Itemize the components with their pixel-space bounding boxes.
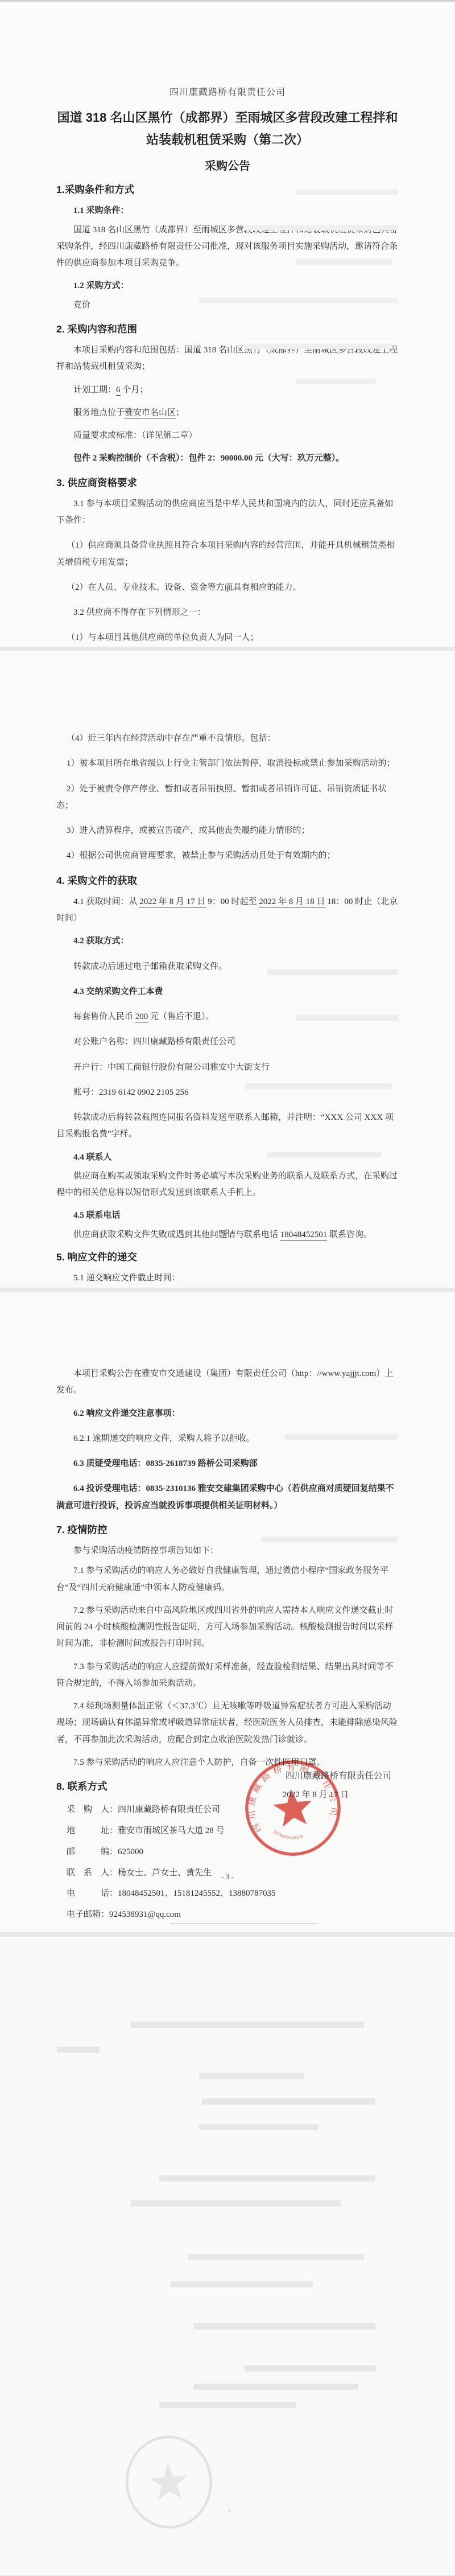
seal-number-text: 5118025034105 — [272, 1827, 304, 1842]
clause-4-4-body: 供应商在购买或领取采购文件时务必填写本次采购业务的联系人及联系方式，在采购过程中… — [56, 1168, 399, 1202]
signature-company-line: 四川康藏路桥有限责任公司 — [245, 1769, 432, 1781]
bleed-through-page-number: 4 — [227, 2507, 231, 2516]
signature-date-line: 2022 年 8 月 17 日 — [222, 1788, 409, 1800]
bleed-through-line — [188, 2254, 364, 2260]
section-4-heading: 4. 采购文件的获取 — [56, 873, 399, 888]
transfer-note-paragraph: 转款成功后将转款截图连同报名资料发送至联系人邮箱，并注明：“XXX 公司 XXX… — [56, 1110, 399, 1143]
clause-7-3: 7.3 参与采购活动的响应人应提前做好采样准备，经查验检测结果、结果出具时间等不… — [56, 1659, 399, 1692]
bleed-through-line — [199, 298, 398, 303]
text-segment: 个月； — [121, 385, 148, 395]
document-page-4: 4 — [0, 1937, 455, 2576]
bleed-through-line — [131, 2022, 364, 2028]
page-number-2: - 2 - — [0, 1227, 455, 1236]
section-7-heading: 7. 疫情防控 — [56, 1522, 399, 1537]
underlined-location: 雅安市名山区 — [125, 408, 176, 418]
bleed-through-line — [202, 2098, 375, 2105]
text-segment: 服务地点位于 — [73, 408, 125, 417]
bleed-through-line — [245, 225, 398, 231]
bleed-through-seal — [117, 2430, 220, 2533]
text-segment: 每套售价人民币 — [73, 1012, 135, 1021]
bleed-through-line — [159, 2175, 375, 2181]
document-page-2: （4）近三年内在经营活动中存在严重不良情形。包括： 1）被本项目所在地省级以上行… — [0, 651, 455, 1288]
text-segment: 计划工期： — [73, 385, 116, 395]
bad-record-item-3: 3）进入清算程序，或被宣告破产，或其他丧失履约能力情形的； — [56, 823, 399, 839]
bleed-through-line — [199, 2124, 318, 2130]
clause-5-1-label: 5.1 递交响应文件截止时间： — [56, 1270, 399, 1287]
text-segment: 元（售后不退）。 — [148, 1012, 214, 1021]
page-number-1: - 1 - — [0, 585, 455, 594]
quality-paragraph: 质量要求或标准：（详见第二章） — [56, 428, 399, 444]
page-number-3: - 3 - — [0, 1872, 455, 1881]
text-segment: 4.1 获取时间：从 — [73, 897, 139, 906]
company-name-heading: 四川康藏路桥有限责任公司 — [56, 85, 399, 98]
clause-4-5-label: 4.5 联系电话 — [56, 1207, 399, 1224]
account-name-line: 对公账户名称：四川康藏路桥有限责任公司 — [56, 1034, 399, 1050]
text-segment: 9：00 时起至 — [206, 897, 259, 906]
bleed-through-line — [171, 1923, 318, 1924]
epidemic-intro: 参与采购活动疫情防控事项告知如下： — [56, 1543, 399, 1559]
underlined-date-start: 2022 年 8 月 17 日 — [139, 897, 205, 907]
contact-zip-line: 邮 编：625000 — [67, 1842, 399, 1863]
section-2-heading: 2. 采购内容和范围 — [56, 322, 399, 336]
bleed-through-line — [262, 1536, 398, 1542]
bleed-through-line — [193, 2323, 375, 2330]
clause-4-3-label: 4.3 交纳采购文件工本费 — [56, 984, 399, 1000]
clause-3-1-item-1: （1）供应商须具备营业执照且符合本项目采购内容的经营范围，并能开具机械租赁类相关… — [56, 537, 399, 571]
bleed-through-line — [199, 2073, 304, 2079]
bleed-through-line — [131, 2200, 341, 2207]
bleed-through-line — [284, 1434, 398, 1440]
section-3-heading: 3. 供应商资格要求 — [56, 475, 399, 490]
bank-line: 开户行：中国工商银行股份有限公司雅安中大街支行 — [56, 1059, 399, 1076]
underlined-fee: 200 — [135, 1012, 148, 1022]
bad-record-item-1: 1）被本项目所在地省级以上行业主管部门依法暂停、取消投标或禁止参加采购活动的； — [56, 755, 399, 772]
inquiry-phone-line: 6.3 质疑受理电话：0835-2618739 路桥公司采购部 — [56, 1456, 399, 1472]
clause-1-2-label: 1.2 采购方式： — [56, 278, 399, 294]
contact-email-line: 电子邮箱：924538931@qq.com — [67, 1904, 399, 1925]
document-title-line1: 国道 318 名山区黑竹（成都界）至雨城区多营段改建工程拌和 — [56, 107, 399, 129]
bleed-through-line — [296, 1015, 398, 1021]
control-price-paragraph: 包件 2 采购控制价（不含税）：包件 2：90000.00 元（大写：玖万元整）… — [56, 450, 399, 467]
text-segment: ； — [176, 408, 184, 417]
clause-3-2-item-4: （4）近三年内在经营活动中存在严重不良情形。包括： — [56, 730, 399, 747]
document-subtitle: 采购公告 — [56, 157, 399, 173]
scanned-document-canvas: 四川康藏路桥有限责任公司 国道 318 名山区黑竹（成都界）至雨城区多营段改建工… — [0, 0, 455, 2576]
document-title: 国道 318 名山区黑竹（成都界）至雨城区多营段改建工程拌和 站装载机租赁采购（… — [56, 107, 399, 151]
bleed-through-line — [245, 1083, 392, 1089]
underlined-duration: 6 — [116, 385, 121, 396]
clause-4-2-label: 4.2 获取方式： — [56, 933, 399, 950]
clause-3-2: 3.2 供应商不得存在下列情形之一： — [56, 605, 399, 621]
bad-record-item-2: 2）处于被责令停产停业、暂扣或者吊销执照、暂扣或者吊销许可证、吊销资质证书状态； — [56, 781, 399, 815]
bad-record-item-4: 4）根据公司供应商管理要求，被禁止参与采购活动且处于有效期内的； — [56, 848, 399, 864]
clause-7-4: 7.4 经现场测量体温正常（＜37.3℃）且无咳嗽等呼吸道异常症状者方可进入采购… — [56, 1698, 399, 1748]
bleed-through-line — [159, 2402, 296, 2408]
clause-6-1-body: 本项目采购公告在雅安市交通建设（集团）有限责任公司（http：//www.yaj… — [56, 1366, 399, 1399]
clause-3-1: 3.1 参与本项目采购活动的供应商应当是中华人民共和国境内的法人，同时还应具备如… — [56, 496, 399, 529]
bleed-through-line — [245, 2365, 375, 2372]
bleed-through-line — [171, 2281, 313, 2287]
section-5-heading: 5. 响应文件的递交 — [56, 1250, 399, 1264]
document-page-3: 本项目采购公告在雅安市交通建设（集团）有限责任公司（http：//www.yaj… — [0, 1292, 455, 1933]
svg-text:5118025034105: 5118025034105 — [272, 1827, 304, 1842]
bleed-through-line — [296, 259, 392, 265]
complaint-phone-line: 6.4 投诉受理电话：0835-2310136 雅安交建集团采购中心（若供应商对… — [56, 1481, 399, 1514]
bleed-through-line — [267, 1152, 381, 1157]
clause-7-2: 7.2 参与采购活动来自中高风险地区或四川省外的响应人需持本人响应文件递交截止时… — [56, 1603, 399, 1653]
clause-4-1: 4.1 获取时间：从 2022 年 8 月 17 日 9：00 时起至 2022… — [56, 894, 399, 927]
location-paragraph: 服务地点位于雅安市名山区； — [56, 405, 399, 421]
clause-6-2-label: 6.2 响应文件递交注意事项： — [56, 1406, 399, 1422]
bleed-through-line — [57, 2047, 100, 2053]
contact-phone-line: 电 话：18048452501、15181245552、13880787035 — [67, 1883, 399, 1904]
contact-buyer-line: 采 购 人：四川康藏路桥有限责任公司 — [67, 1799, 399, 1821]
bleed-through-line — [193, 2384, 358, 2390]
bleed-through-line — [296, 190, 398, 195]
bleed-through-line — [267, 969, 398, 975]
clause-1-1-label: 1.1 采购条件： — [56, 203, 399, 219]
document-page-1: 四川康藏路桥有限责任公司 国道 318 名山区黑竹（成都界）至雨城区多营段改建工… — [0, 2, 455, 647]
bleed-through-line — [296, 379, 375, 384]
underlined-date-end: 2022 年 8 月 18 日 — [259, 897, 325, 907]
clause-7-1: 7.1 参与采购活动的响应人务必做好自我健康管理，通过微信小程序“国家政务服务平… — [56, 1563, 399, 1596]
document-title-line2: 站装载机租赁采购（第二次） — [56, 129, 399, 151]
bleed-through-line — [245, 343, 392, 349]
clause-3-2-item-1: （1）与本项目其他供应商的单位负责人为同一人； — [56, 630, 399, 646]
contact-address-line: 地 址：雅安市雨城区茶马大道 28 号 — [67, 1821, 399, 1842]
